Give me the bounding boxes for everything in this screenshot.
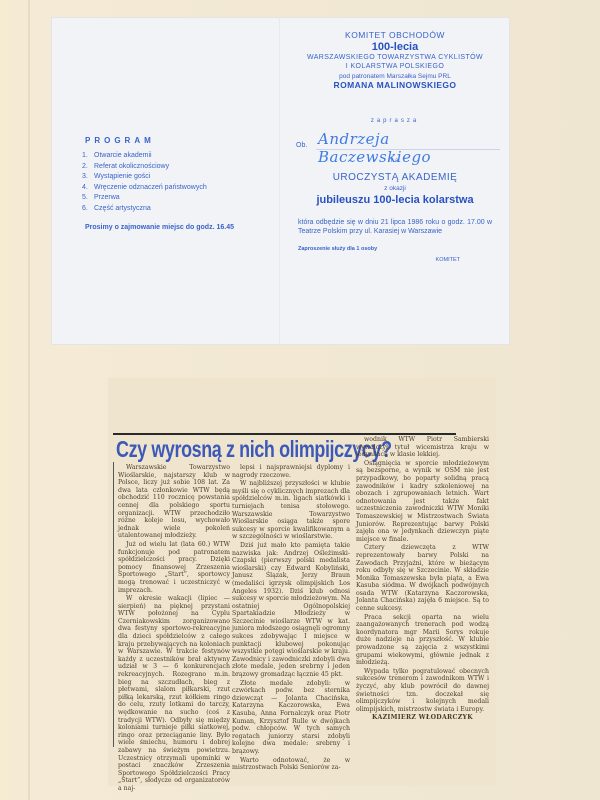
anniversary: 100-lecia: [290, 41, 500, 53]
seating-note: Prosimy o zajmowanie miejsc do godz. 16.…: [85, 224, 282, 231]
signature: KOMITET: [290, 257, 500, 263]
article-paragraph: Wypada tylko pogratulować obecnych sukce…: [356, 668, 489, 714]
program-item: 2.Referat okolicznościowy: [82, 162, 282, 173]
valid-for-note: Zaproszenie służy dla 1 osoby: [298, 246, 492, 252]
org-line-2: I KOLARSTWA POLSKIEGO: [290, 62, 500, 71]
article-column-2: lepsi i najsprawniejsi dyplomy i nagrody…: [232, 464, 350, 773]
occasion-label: z okazji: [290, 185, 500, 192]
article-paragraph: W najbliższej przyszłości w klubie myśli…: [232, 480, 350, 541]
article-paragraph: Praca sekcji oparta na wielu zaangażowan…: [356, 614, 489, 667]
article-paragraph: Warto odnotować, że w mistrzostwach Pols…: [232, 757, 350, 772]
program-item-number: 3.: [82, 172, 94, 183]
program-item: 3.Wystąpienie gości: [82, 172, 282, 183]
event-title: UROCZYSTĄ AKADEMIĘ: [290, 172, 500, 183]
program-item: 5.Przerwa: [82, 193, 282, 204]
committee: KOMITET OBCHODÓW: [290, 30, 500, 40]
program-item-label: Wystąpienie gości: [94, 173, 150, 180]
patronage: pod patronatem Marszałka Sejmu PRL: [290, 73, 500, 80]
program-item-label: Referat okolicznościowy: [94, 163, 169, 170]
article-author: KAZIMIERZ WŁODARCZYK: [356, 714, 489, 722]
program-item-number: 4.: [82, 183, 94, 194]
jubilee-title: jubileuszu 100-lecia kolarstwa: [290, 194, 500, 206]
patron-name: ROMANA MALINOWSKIEGO: [290, 80, 500, 90]
column-rule: [113, 462, 114, 747]
headline: Czy wyrosną z nich olimpijczycy?: [116, 436, 392, 463]
article-paragraph: wodnik WTW Piotr Sambierski wywalczył ty…: [356, 436, 489, 459]
date-place: która odbędzie się w dniu 21 lipca 1986 …: [298, 218, 492, 236]
program-item-label: Część artystyczna: [94, 205, 151, 212]
guest-line: Ob. Andrzeja Baczewskiego: [290, 128, 500, 158]
headline-rule: [113, 433, 456, 435]
article-paragraph: Cztery dziewczęta z WTW reprezentowały b…: [356, 544, 489, 612]
program-item-number: 2.: [82, 162, 94, 173]
program-item-label: Wręczenie odznaczeń państwowych: [94, 184, 207, 191]
article-paragraph: W okresie wakacji (lipiec — sierpień) na…: [118, 595, 230, 792]
invites: zaprasza: [290, 118, 500, 124]
invitation-text: KOMITET OBCHODÓW 100-lecia WARSZAWSKIEGO…: [290, 30, 500, 263]
program-item-label: Otwarcie akademii: [94, 152, 152, 159]
program-item-number: 6.: [82, 204, 94, 215]
article-paragraph: Już od wielu lat (lata 60.) WTW funkcjon…: [118, 541, 230, 594]
article-paragraph: Złote medale zdobyli: w czwórkach podw. …: [232, 680, 350, 756]
org-line-1: WARSZAWSKIEGO TOWARZYSTWA CYKLISTÓW: [290, 53, 500, 62]
ob-label: Ob.: [296, 142, 307, 149]
program-item: 1.Otwarcie akademii: [82, 151, 282, 162]
article-paragraph: Osiągnięcia w sporcie młodzieżowym są be…: [356, 460, 489, 544]
article-column-1: Warszawskie Towarzystwo Wioślarskie, naj…: [118, 464, 230, 794]
article-column-3: wodnik WTW Piotr Sambierski wywalczył ty…: [356, 436, 489, 723]
article-paragraph: lepsi i najsprawniejsi dyplomy i nagrody…: [232, 464, 350, 479]
program-item-number: 1.: [82, 151, 94, 162]
article-paragraph: Warszawskie Towarzystwo Wioślarskie, naj…: [118, 464, 230, 540]
program-section: PROGRAM 1.Otwarcie akademii2.Referat oko…: [82, 136, 282, 231]
newspaper-clipping: Czy wyrosną z nich olimpijczycy? Warszaw…: [108, 378, 496, 786]
program-title: PROGRAM: [85, 136, 282, 145]
program-item: 6.Część artystyczna: [82, 204, 282, 215]
program-list: 1.Otwarcie akademii2.Referat okolicznośc…: [82, 151, 282, 214]
article-paragraph: Dziś już mało kto pamięta takie nazwiska…: [232, 542, 350, 679]
program-item: 4.Wręczenie odznaczeń państwowych: [82, 183, 282, 194]
program-item-number: 5.: [82, 193, 94, 204]
program-item-label: Przerwa: [94, 194, 120, 201]
album-page-edge: [28, 0, 30, 800]
invitation-card: PROGRAM 1.Otwarcie akademii2.Referat oko…: [52, 18, 509, 344]
guest-name-handwritten: Andrzeja Baczewskiego: [318, 130, 500, 166]
